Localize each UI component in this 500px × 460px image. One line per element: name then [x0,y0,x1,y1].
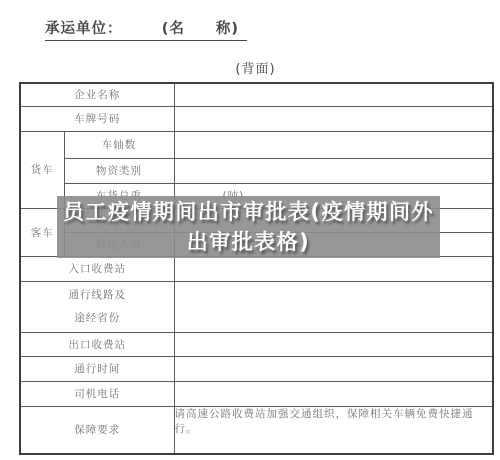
field-label: 企业名称 [20,83,174,106]
table-row: 企业名称 [20,83,493,106]
watermark-title-line2: 出审批表格) [57,227,440,257]
field-label: 物资类别 [64,158,174,183]
table-row: 保障要求 请高速公路收费站加强交通组织，保障相关车辆免费快捷通行。 [20,406,493,454]
approval-form-table: 企业名称 车牌号码 货车 车轴数 物资类别 车货总重 (吨) [19,82,494,455]
field-label-line2: 途经省份 [21,312,174,324]
field-label: 车轴数 [64,131,174,158]
field-value-cell [174,106,493,131]
guarantee-requirement-text: 请高速公路收费站加强交通组织，保障相关车辆免费快捷通行。 [174,406,493,454]
watermark-title-overlay: 员工疫情期间出市审批表(疫情期间外 出审批表格) [57,196,440,258]
field-label: 通行线路及 途经省份 [20,281,174,332]
watermark-title-line1: 员工疫情期间出市审批表(疫情期间外 [57,197,440,227]
table-row: 物资类别 [20,158,493,183]
field-label: 司机电话 [20,381,174,406]
field-value-cell [174,281,493,332]
field-value-cell [174,332,493,356]
table-row: 货车 车轴数 [20,131,493,158]
table-row: 通行线路及 途经省份 [20,281,493,332]
field-label: 通行时间 [20,356,174,381]
label-line-gap [21,301,174,312]
back-side-label: (背面) [19,58,492,77]
field-value-cell [174,83,493,106]
table-row: 出口收费站 [20,332,493,356]
field-label: 出口收费站 [20,332,174,356]
field-value-cell [174,256,493,281]
table-row: 通行时间 [20,356,493,381]
carrier-unit-line: 承运单位： (名 称) [45,17,247,41]
field-value-cell [174,158,493,183]
field-value-cell [174,131,493,158]
field-label: 入口收费站 [20,256,174,281]
field-label-line1: 通行线路及 [21,289,174,301]
document-page: 承运单位： (名 称) (背面) 企业名称 车牌号码 货车 车轴数 物资类别 [0,0,500,460]
table-row: 司机电话 [20,381,493,406]
field-label: 车牌号码 [20,106,174,131]
table-row: 入口收费站 [20,256,493,281]
field-label: 保障要求 [20,406,174,454]
table-row: 车牌号码 [20,106,493,131]
field-value-cell [174,381,493,406]
field-value-cell [174,356,493,381]
